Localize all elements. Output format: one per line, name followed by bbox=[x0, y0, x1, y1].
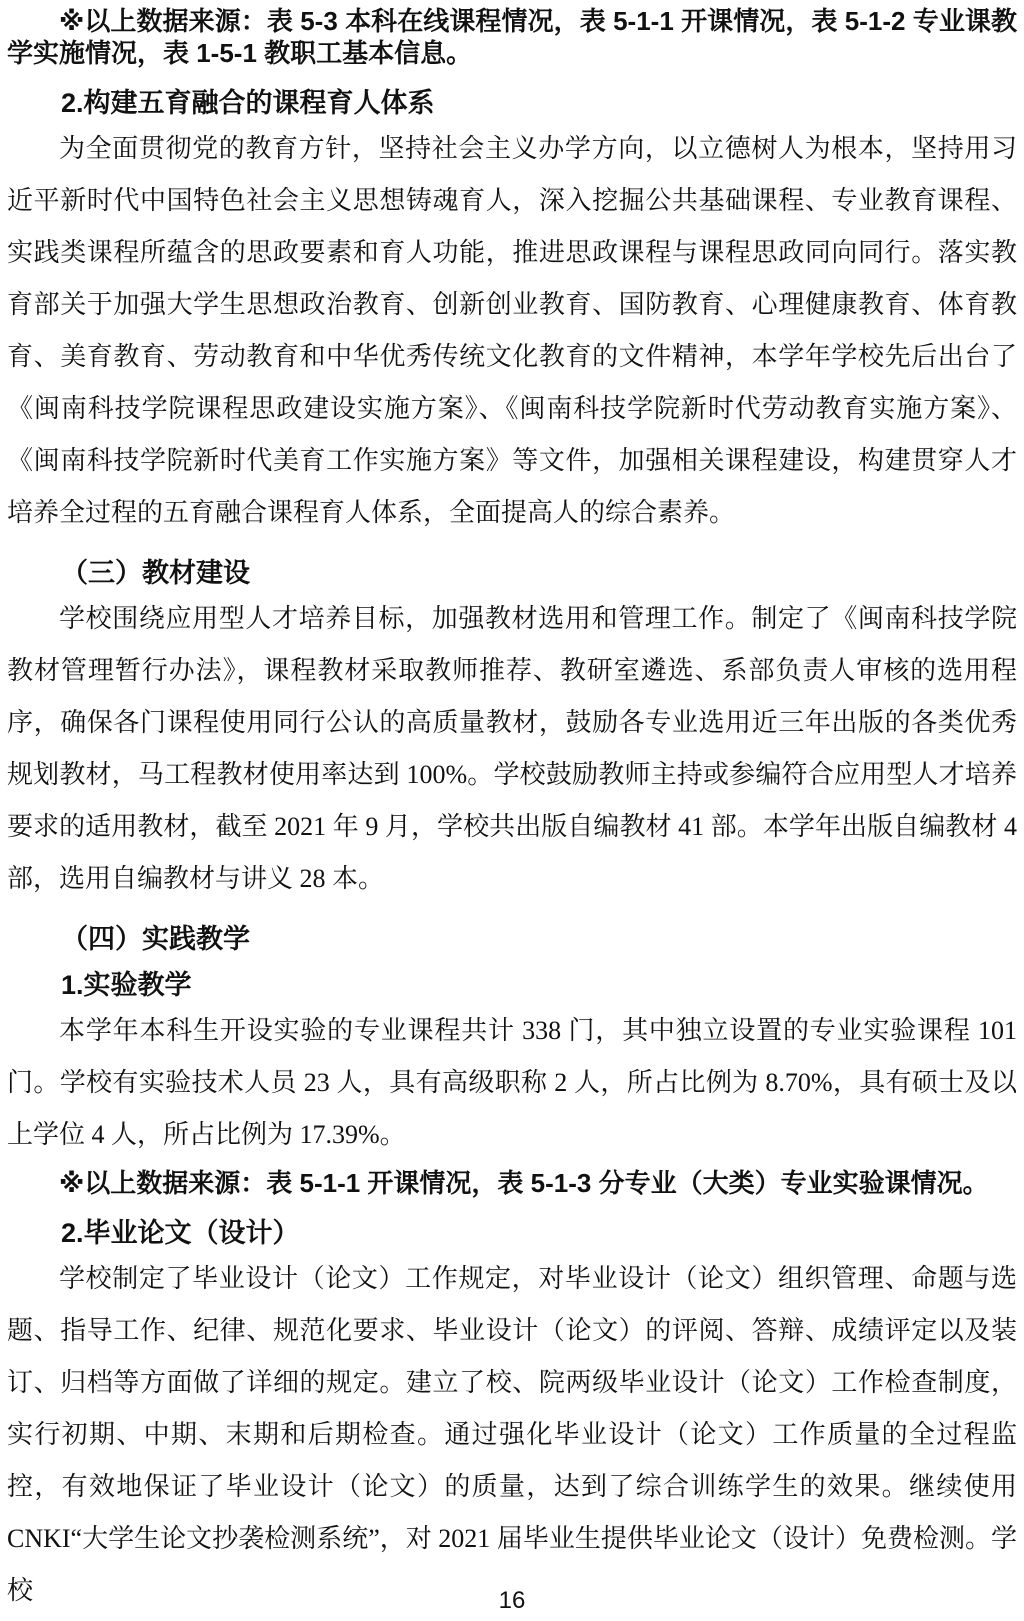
body-paragraph: 为全面贯彻党的教育方针，坚持社会主义办学方向，以立德树人为根本，坚持用习近平新时… bbox=[7, 123, 1017, 539]
section-heading: 1.实验教学 bbox=[7, 965, 1017, 1005]
section-heading: （四）实践教学 bbox=[7, 919, 1017, 959]
body-paragraph: 本学年本科生开设实验的专业课程共计 338 门，其中独立设置的专业实验课程 10… bbox=[7, 1005, 1017, 1161]
body-paragraph: 学校制定了毕业设计（论文）工作规定，对毕业设计（论文）组织管理、命题与选题、指导… bbox=[7, 1253, 1017, 1617]
body-paragraph: 学校围绕应用型人才培养目标，加强教材选用和管理工作。制定了《闽南科技学院教材管理… bbox=[7, 593, 1017, 905]
section-heading: （三）教材建设 bbox=[7, 553, 1017, 593]
document-page: { "page": { "number": "16", "background_… bbox=[0, 0, 1024, 1621]
section-heading: 2.毕业论文（设计） bbox=[7, 1213, 1017, 1253]
text-block: ※以上数据来源：表 5-3 本科在线课程情况，表 5-1-1 开课情况，表 5-… bbox=[0, 0, 1024, 1617]
page-number: 16 bbox=[0, 1589, 1024, 1613]
data-source-note: ※以上数据来源：表 5-1-1 开课情况，表 5-1-3 分专业（大类）专业实验… bbox=[7, 1167, 1017, 1199]
data-source-note: ※以上数据来源：表 5-3 本科在线课程情况，表 5-1-1 开课情况，表 5-… bbox=[7, 5, 1017, 69]
section-heading: 2.构建五育融合的课程育人体系 bbox=[7, 83, 1017, 123]
